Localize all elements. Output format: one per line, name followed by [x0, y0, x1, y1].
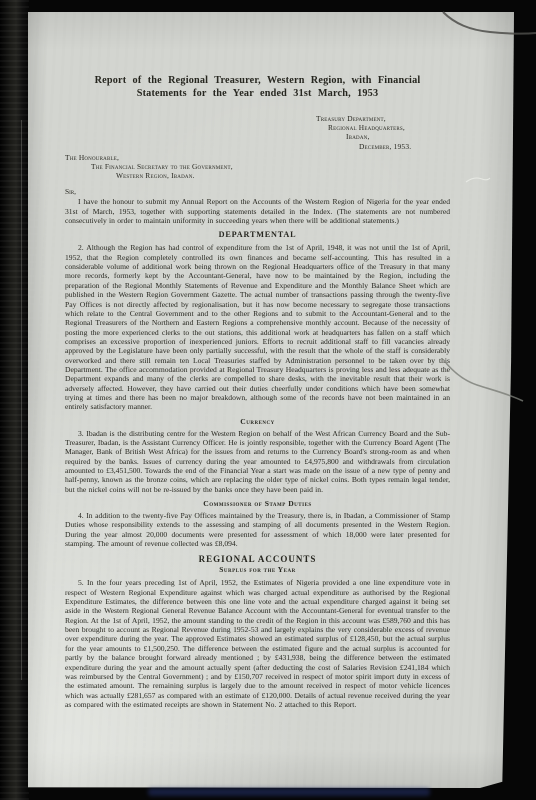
microfilm-watermark [148, 788, 430, 796]
letterhead-city: Ibadan, [346, 132, 450, 141]
paragraph-departmental: 2. Although the Region has had control o… [65, 243, 450, 411]
letterhead-office: Regional Headquarters, [328, 123, 450, 132]
report-title-line2: Statements for the Year ended 31st March… [65, 87, 450, 100]
spine-highlight [21, 120, 22, 680]
report-title: Report of the Regional Treasurer, Wester… [65, 74, 450, 100]
salutation: Sir, [65, 187, 450, 196]
letterhead-block: Treasury Department, Regional Headquarte… [316, 114, 450, 151]
addressee-block: The Honourable, The Financial Secretary … [65, 153, 450, 181]
intro-paragraph: I have the honour to submit my Annual Re… [65, 197, 450, 225]
book-spine [0, 0, 29, 800]
section-heading-stamp-duties: Commissioner of Stamp Duties [65, 499, 450, 508]
section-heading-currency: Currency [65, 417, 450, 426]
report-title-line1: Report of the Regional Treasurer, Wester… [65, 74, 450, 87]
addressee-line3: Western Region, Ibadan. [116, 171, 450, 180]
addressee-line2: The Financial Secretary to the Governmen… [91, 162, 450, 171]
section-heading-regional-accounts: REGIONAL ACCOUNTS [65, 554, 450, 564]
letterhead-department: Treasury Department, [316, 114, 450, 123]
scanned-document-photo: Report of the Regional Treasurer, Wester… [0, 0, 536, 800]
paragraph-stamp-duties: 4. In addition to the twenty-five Pay Of… [65, 511, 450, 548]
addressee-line1: The Honourable, [65, 153, 450, 162]
section-heading-departmental: DEPARTMENTAL [65, 230, 450, 239]
page-content: Report of the Regional Treasurer, Wester… [65, 12, 450, 709]
document-page: Report of the Regional Treasurer, Wester… [28, 12, 514, 788]
subheading-surplus-for-the-year: Surplus for the Year [65, 565, 450, 574]
paragraph-surplus: 5. In the four years preceding 1st of Ap… [65, 578, 450, 709]
paragraph-currency: 3. Ibadan is the distributing centre for… [65, 429, 450, 494]
letterhead-date: December, 1953. [359, 142, 450, 151]
